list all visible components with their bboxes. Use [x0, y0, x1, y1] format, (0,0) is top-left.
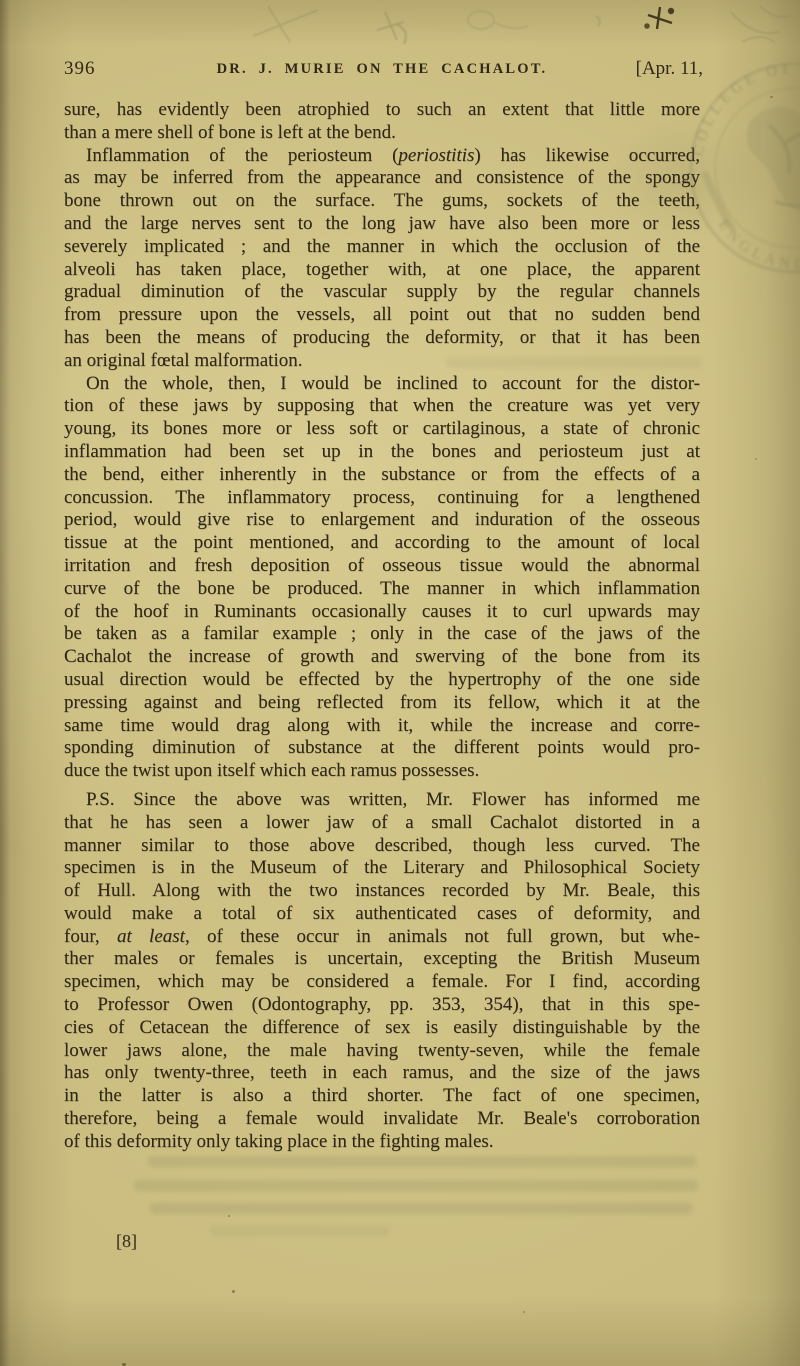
text-line: same time would drag along with it, whil…	[64, 715, 700, 738]
dust-speck	[523, 1311, 525, 1313]
dust-speck	[232, 1290, 235, 1293]
text-line: gradual diminution of the vascular suppl…	[64, 281, 700, 304]
signature-mark: [8]	[116, 1231, 137, 1252]
text-line: P.S. Since the above was written, Mr. Fl…	[64, 789, 700, 812]
text-line: of the hoof in Ruminants occasionally ca…	[64, 601, 700, 624]
paragraph: P.S. Since the above was written, Mr. Fl…	[64, 789, 700, 1154]
scanned-book-page: 396 DR. J. MURIE ON THE CACHALOT. [Apr. …	[0, 0, 800, 1366]
bleedthrough-line	[446, 357, 702, 368]
text-line: of Hull. Along with the two instances re…	[64, 880, 700, 903]
ink-mark	[645, 7, 673, 29]
text-line: specimen, which may be considered a fema…	[64, 971, 700, 994]
page-header: 396 DR. J. MURIE ON THE CACHALOT. [Apr. …	[0, 58, 800, 84]
bleedthrough-line	[150, 1203, 692, 1214]
dust-speck	[770, 96, 773, 98]
text-line: alveoli has taken place, together with, …	[64, 259, 700, 282]
text-line: of this deformity only taking place in t…	[64, 1131, 700, 1154]
svg-text:ENGLAND: ENGLAND	[713, 200, 800, 291]
paragraph: On the whole, then, I would be inclined …	[64, 373, 700, 783]
pencil-marks	[253, 6, 790, 44]
text-line: inflammation had been set up in the bone…	[64, 441, 700, 464]
text-line: tissue at the point mentioned, and accor…	[64, 532, 700, 555]
running-title: DR. J. MURIE ON THE CACHALOT.	[64, 61, 700, 78]
text-line: would make a total of six authenticated …	[64, 903, 700, 926]
text-line: irritation and fresh deposition of osseo…	[64, 555, 700, 578]
text-line: has only twenty-three, teeth in each ram…	[64, 1062, 700, 1085]
text-line: cies of Cetacean the difference of sex i…	[64, 1017, 700, 1040]
paragraph: sure, has evidently been atrophied to su…	[64, 99, 700, 145]
text-line: severely implicated ; and the manner in …	[64, 236, 700, 259]
bleedthrough-line	[148, 1156, 696, 1167]
text-line: concussion. The inflammatory process, co…	[64, 487, 700, 510]
stamp-text-bottom: ENGLAND	[713, 200, 800, 291]
text-line: duce the twist upon itself which each ra…	[64, 760, 700, 783]
text-line: usual direction would be effected by the…	[64, 669, 700, 692]
text-block: sure, has evidently been atrophied to su…	[64, 99, 700, 1154]
text-line: ther males or females is uncertain, exce…	[64, 948, 700, 971]
paragraph: Inflammation of the periosteum (periosti…	[64, 145, 700, 373]
bleedthrough-line	[134, 1180, 698, 1191]
text-line: specimen is in the Museum of the Literar…	[64, 857, 700, 880]
text-line: Inflammation of the periosteum (periosti…	[64, 145, 700, 168]
text-line: four, at least, of these occur in animal…	[64, 926, 700, 949]
text-line: than a mere shell of bone is left at the…	[64, 122, 700, 145]
text-line: be taken as a familar example ; only in …	[64, 623, 700, 646]
text-line: has been the means of producing the defo…	[64, 327, 700, 350]
text-line: that he has seen a lower jaw of a small …	[64, 812, 700, 835]
text-line: curve of the bone be produced. The manne…	[64, 578, 700, 601]
text-line: to Professor Owen (Odontography, pp. 353…	[64, 994, 700, 1017]
text-line: tion of these jaws by supposing that whe…	[64, 395, 700, 418]
dust-speck	[755, 458, 757, 460]
dust-speck	[228, 1215, 230, 1217]
stamp-crest	[693, 98, 800, 242]
text-line: sponding diminution of substance at the …	[64, 737, 700, 760]
text-line: pressing against and being reflected fro…	[64, 692, 700, 715]
text-line: from pressure upon the vessels, all poin…	[64, 304, 700, 327]
text-line: On the whole, then, I would be inclined …	[64, 373, 700, 396]
bleedthrough-line	[210, 1226, 390, 1236]
text-line: Cachalot the increase of growth and swer…	[64, 646, 700, 669]
text-line: as may be inferred from the appearance a…	[64, 167, 700, 190]
text-line: lower jaws alone, the male having twenty…	[64, 1040, 700, 1063]
text-line: period, would give rise to enlargement a…	[64, 509, 700, 532]
text-line: in the latter is also a third shorter. T…	[64, 1085, 700, 1108]
text-line: the bend, either inherently in the subst…	[64, 464, 700, 487]
text-line: young, its bones more or less soft or ca…	[64, 418, 700, 441]
text-line: sure, has evidently been atrophied to su…	[64, 99, 700, 122]
text-line: therefore, being a female would invalida…	[64, 1108, 700, 1131]
text-line: and the large nerves sent to the long ja…	[64, 213, 700, 236]
date-header: [Apr. 11,	[636, 58, 703, 80]
text-line: bone thrown out on the surface. The gums…	[64, 190, 700, 213]
text-line: manner similar to those above described,…	[64, 835, 700, 858]
